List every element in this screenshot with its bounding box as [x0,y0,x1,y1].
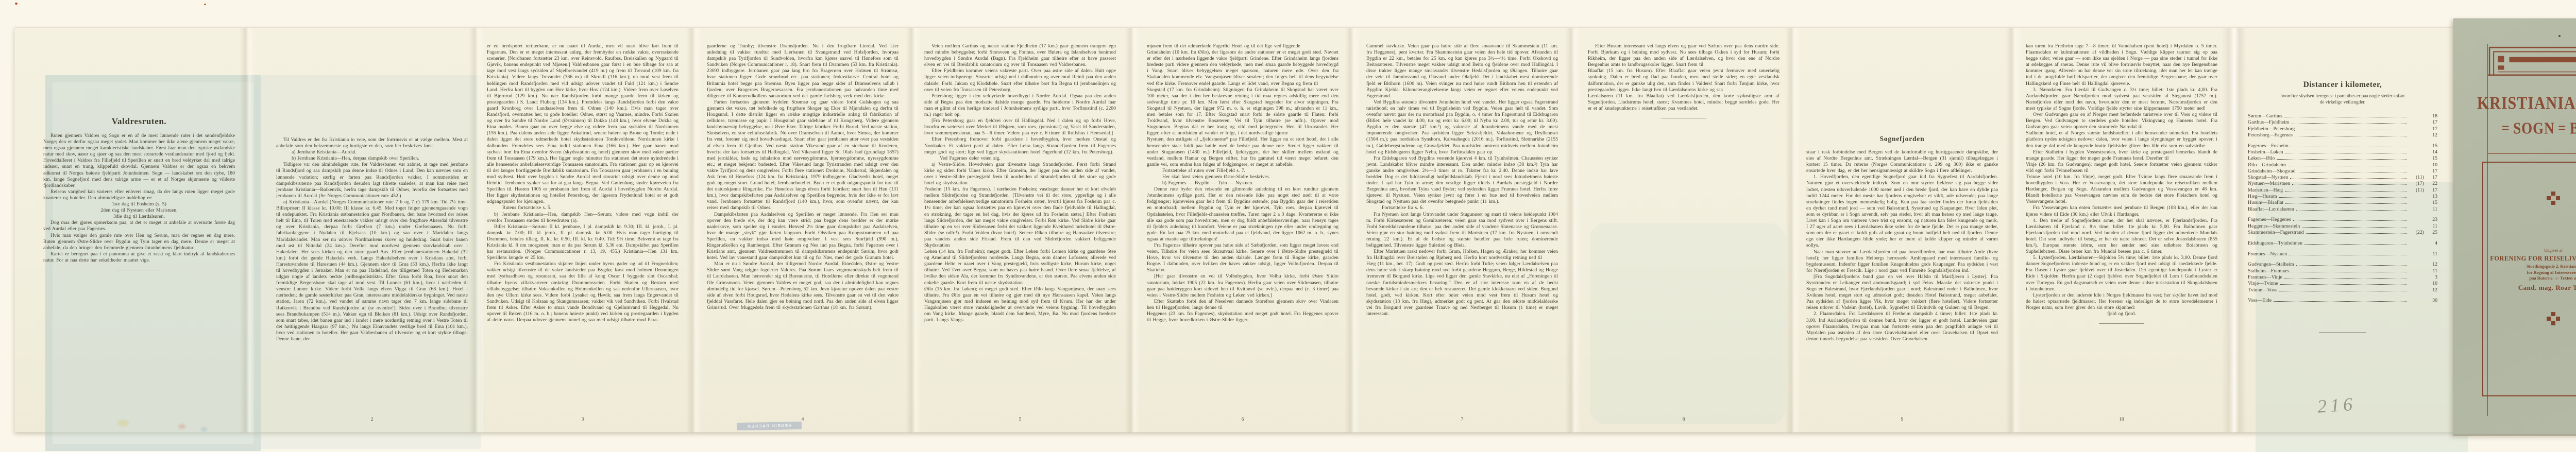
paragraph: 3. Nærødalen. Fra Lærdal til Gudvangen c… [2026,87,2217,112]
dot-leader [2285,153,2406,153]
paragraph: 4. Den tredie af Sognefjordens arme, der… [2026,218,2217,255]
paragraph: Efter Petersborg fremover forbi gaardene… [924,136,1116,155]
dot-leader [2290,178,2406,179]
distance-row: Maristuen—Hæg (11) 17 [2248,187,2437,194]
paragraph: Denne rute byder den reisende en glimren… [1147,186,1338,242]
page-number: 8 [1588,417,1780,422]
real-length: (11) [2409,187,2424,194]
imprint-line: for Regning af Interesserede [2483,270,2576,276]
paragraph: Grindaheim (10 km. fra Øilo), der ligeso… [1147,49,1338,87]
route-name: Gudvangen—Stalheim [2248,262,2294,268]
dot-leader [2296,265,2406,266]
paragraph: b) Fagernes — Bygdin — Tyin — Nystuen. [1162,180,1338,186]
dot-leader [2285,203,2406,204]
distance-km: 25 [2424,230,2437,236]
route-name: Fagernes—Fosheim [2248,143,2289,149]
dot-leader [2279,197,2406,198]
imprint-line: Storthingsgade 2, Kristiania, [2483,264,2576,270]
paragraph: Dampskibsfarten paa Aadalselven og Speri… [707,212,899,262]
route-name: Voss—Eide [2248,298,2272,304]
imprint-box: Udgivet afFORENING FOR REISELIVET I NORG… [2482,162,2576,396]
route-name: Hæg—Husum [2248,194,2277,200]
paragraph: Efter Stalheim i bygden Vossestranden, h… [2026,149,2217,162]
paragraph: Tidligere var den almindeligste rute, fø… [276,162,468,199]
route-name: Sørum—Garthus [2248,113,2282,119]
square-diamond-ornament [2547,192,2560,205]
paragraph: Fra Nystuen kort langs Utrovandet under … [1366,212,1558,249]
distance-km: 14 [2424,149,2437,155]
paragraph: Naar man stevner ud Lærdalsfjorden ud pa… [1806,249,1998,274]
paragraph: [Fra Petersborg gaar en fjeldvei over ti… [924,118,1116,136]
cover-title-line1: KRISTIANIA = VALDRES [2453,93,2576,114]
paragraph: Kartet er beregnet paa i et panorama at … [43,251,235,264]
dot-leader [2288,166,2406,166]
page-number: 6 [1147,417,1338,422]
paragraph: staar i rask forbindelse med Bergen ved … [1806,149,1998,174]
route-name: Grindaheim—Skogstad [2248,168,2296,175]
distance-row: Husum—Blaaflat 15 [2248,200,2437,206]
dot-leader [2289,255,2406,255]
paragraph: Farten fortsættes gjennem bydelen Strøms… [707,99,899,212]
distance-table-panel: Distancer i kilometer, hvorefter skydsen… [2248,80,2437,333]
paragraph: Løken (14 km. fra Fosheim); meget godt. … [924,249,1116,286]
dot-leader [2295,136,2406,136]
route-name: Framnæs—Vinje [2248,274,2282,281]
paragraph: a) Jernbane Kristiania—Aurdal. [292,149,468,155]
dot-leader [2280,284,2406,285]
distance-km: 3 [2424,274,2437,281]
paragraph: Efter Husum interessant vei langs elven … [1588,43,1780,68]
distance-row: Blaaflat—Lærdalsøren 11 [2248,206,2437,213]
distance-km: 11 [2424,251,2437,257]
paragraph: Man er nu i Søndre Aurdal, der tilligeme… [707,261,899,311]
dot-leader [2293,220,2406,221]
page-column-2: Til Valdres er der fra Kristiania to vei… [276,137,468,415]
route-name: Skammestein—Fagerstrand [2248,230,2304,236]
end-rule [2319,332,2366,333]
route-name: Fosheim—Løken [2248,149,2283,155]
distance-km: 30 [2424,298,2437,304]
map-bleed-mark [178,424,185,429]
distance-km: 13 [2424,194,2437,200]
distance-km: 12 [2424,132,2437,138]
route-name: Nystuen—Maristuen [2248,181,2290,187]
paper-speck [2558,35,2561,37]
divider-rule [2487,153,2576,154]
paragraph: Fortsættelse fra s. 6. [1382,205,1558,211]
paragraph: Dog maa det gjøres opmerksom paa, at det… [43,220,235,232]
dot-leader [2292,272,2406,272]
imprint-line: paa Ruterne. ·:· Texten af [2483,275,2576,282]
dot-leader [2297,130,2406,130]
map-bleed-mark [117,420,129,426]
paragraph: Billet Kristiania—Sørum: II kl. jernbane… [487,224,679,262]
dot-leader [2292,184,2406,185]
dot-leader [2285,191,2406,192]
distance-km: 4 [2424,240,2437,247]
page-column-6: mjøsen frem til det udmærkede Fagerlid H… [1147,43,1338,415]
distance-row: Nystuen—Maristuen (17) 22 [2248,181,2437,187]
distance-km: 15 [2424,200,2437,206]
route-name: Løken—Øilo [2248,155,2275,162]
real-length: (17) [2409,181,2424,187]
distance-row: Fjeldheim—Petersborg 17 [2248,126,2437,132]
distance-km: 11 [2424,206,2437,213]
distance-km: 15 [2424,155,2437,162]
distance-km: 10 [2424,281,2437,287]
handwritten-number: 216 [2317,393,2357,417]
paragraph: Efter Maristuen raskt nedover forbi Gram… [1366,249,1558,261]
imprint-line: FORENING FOR REISELIVET I NORGE [2483,255,2576,262]
distance-km: 10 [2424,162,2437,168]
distance-table-subtitle: de virkelige veilængder. [2248,99,2437,106]
back-cover: KRISTIANIA = VALDRES = SOGN = BERGEN = U… [2453,19,2576,436]
paragraph: gaarderne og Tranby; tilvenstre Dramsfjo… [707,43,899,99]
route-name: Blaaflat—Lærdalsøren [2248,206,2294,213]
distance-km: 11 [2424,223,2437,230]
route-name: Tvinne—Voss [2248,287,2277,293]
distance-row: Gudvangen—Stalheim 12 [2248,262,2437,268]
paragraph: Heggenes (23 km. fra Fagernes), skydssta… [1147,311,1338,323]
distance-km: 22 [2424,181,2437,187]
paragraph: a) Kristiania—Aurdal (Norges Communicati… [276,199,468,342]
square-diamond-ornament [2547,312,2560,325]
dot-leader [2291,147,2406,147]
distance-km: 12 [2424,287,2437,293]
route-name: Stalheim—Framnæs [2248,268,2290,274]
paragraph: Over Gudvangen gaar en af Norges mest be… [2026,112,2217,130]
paragraph: 5. Lysterfjorden, Lærdalsøren—Skjolden 5… [2026,255,2217,292]
paragraph: Fosheim (15 km. fra Fagernes). I nærhede… [924,186,1116,249]
distance-row: Tvinne—Voss 12 [2248,287,2437,293]
route-name: Framnes—Nystuen [2248,251,2287,257]
distance-row: Eidsbugaren—Tyinholmen 4 [2248,240,2437,247]
section-heading-sognefjorden: Sognefjorden [1806,135,1998,143]
paragraph: Rutens fortsættelse s. 5. [502,205,679,211]
dot-leader [2298,172,2406,172]
paragraph [1661,118,1706,118]
paragraph: Lysterfjorden er den inderste kile i Nor… [2026,292,2217,311]
paragraph: Fra Kristiania vestbanestation skjærer l… [487,261,679,323]
page-number: 9 [1806,417,1998,422]
dot-leader [2284,117,2406,117]
real-length: (11) [2409,175,2424,181]
paragraph [116,270,162,270]
paragraph: Tvinne hotel (10 km. fra Vinje), meget g… [2026,174,2217,205]
distance-row: Skammestein—Fagerstrand (22) 25 [2248,230,2437,236]
distance-table: Sørum—Garthus 18 Garthus—Fjeldheim 17 Fj… [2248,113,2437,304]
paragraph: Reisens varighed kan varieres efter enhv… [43,189,235,201]
route-name: Øilo—Grindaheim [2248,162,2286,168]
page-column-8: Efter Husum interessant vei langs elven … [1588,43,1780,415]
page-number: 5 [924,417,1116,422]
paragraph: 2den dag til Nystuen eller Maristuen. [43,207,235,214]
distance-km: 17 [2424,126,2437,132]
paragraph: Fra Vossevangen kan enten fortsættes med… [2026,205,2217,217]
page-column-7: Gammel stavkirke. Veien gaar paa høire s… [1366,43,1558,415]
distance-row: Fagernes—Heggenes 23 [2248,217,2437,223]
route-name: Fagernes—Heggenes [2248,217,2291,223]
imprint-line: Cand. mag. Roar Tank [2483,284,2576,291]
route-name: Skogstad—Nystuen [2248,175,2288,181]
paragraph: b) Jernbane Kristiania—Hen, dampskib Hen… [487,212,679,224]
paragraph: 1ste dag til Fosheim (s. 5) [43,201,235,207]
paragraph: Hæg (11 km., bet. 17). Godt og pent sted… [1366,261,1558,317]
page-number: 3 [487,417,679,422]
page-title-valdresruten: Valdresruten. [43,116,235,127]
route-name: Fjeldheim—Petersborg [2248,126,2295,132]
paragraph: Ruten gjennem Valdres og Sogn er en af d… [43,133,235,189]
paragraph: kan turen fra Fretheim tage 7—8 timer; t… [2026,43,2217,87]
map-bleed-mark [201,427,207,431]
paragraph: Petersborg ligger i den veldyrkede hoved… [924,93,1116,118]
distance-km: 17 [2424,175,2437,181]
route-name: Heggenes—Skammestein [2248,223,2300,230]
page-column-3: er en bredsporet tertiærbane, er nu naae… [487,43,679,415]
paragraph: a) Vestre-Slidre. Hovedveien gaar tilven… [924,162,1116,186]
distance-km: 11 [2424,268,2437,274]
art-nouveau-border [2486,44,2576,78]
paragraph: Vinje (26 km. fra Gudvangen); meget godt… [2026,162,2217,174]
distance-table-subtitle: hvorefter skydsen beregnes: i parenthes … [2248,93,2437,99]
paragraph: Efter Skattebo forbi den af Neselven dan… [1147,299,1338,311]
paragraph: 3die dag til Lærdalsøren. [43,214,235,220]
dust-speck [15,3,18,5]
paragraph: 1. Hovedfjorden, den egentlige Sognefjor… [1806,174,1998,249]
paragraph: Efter Fjeldheim kommer veiens vakreste p… [924,68,1116,93]
paragraph: Her skal først veien gjennem Østre-Slidr… [1162,174,1338,180]
page-column-4: gaarderne og Tranby; tilvenstre Dramsfjo… [707,43,899,415]
paragraph: Fortsættelse af ruten over Fillefjeld s.… [1162,168,1338,174]
distance-row: Framnæs—Vinje 3 [2248,274,2437,281]
paragraph: Til Valdres er der fra Kristiania to vei… [276,137,468,149]
distance-km: 18 [2424,113,2437,119]
page-number: 7 [1366,417,1558,422]
paragraph: Stalheim hotel, et af Norges største lan… [2026,130,2217,149]
distance-row: Grindaheim—Skogstad 17 [2248,168,2437,175]
dot-leader [2274,301,2406,302]
distance-row: Garthus—Fjeldheim 17 [2248,119,2437,126]
route-name: Garthus—Fjeldheim [2248,119,2290,126]
paragraph: mjøsen frem til det udmærkede Fagerlid H… [1147,43,1338,49]
dot-leader [2277,159,2406,160]
page-column-5: Veien mellem Garthus og næste station Fj… [924,43,1116,415]
paragraph: er en bredsporet tertiærbane, er nu naae… [487,43,679,205]
distance-row: Framnes—Nystuen 11 [2248,251,2437,257]
distance-row: Vinje—Tvinne 10 [2248,281,2437,287]
distance-row: Sørum—Garthus 18 [2248,113,2437,119]
distance-row: Voss—Eide 30 [2248,298,2437,304]
scanned-brochure: { "pages": [ { "no": "", "title": "Valdr… [0,0,2576,452]
paragraph: Veien mellem Garthus og næste station Fj… [924,43,1116,68]
dot-leader [2304,244,2406,245]
paragraph: Lærdalsøren (11 km. fra Blaaflat) ved Læ… [1588,93,1780,112]
paragraph: Gammel stavkirke. Veien gaar paa høire s… [1366,43,1558,99]
dot-leader [2306,233,2406,234]
paragraph: Ved Bygdins østende tilvenstre Jotunheim… [1366,99,1558,155]
page-column-1: Ruten gjennem Valdres og Sogn er en af d… [43,133,235,322]
route-name: Eidsbugaren—Tyinholmen [2248,240,2302,247]
distance-row: Løken—Øilo 15 [2248,155,2437,162]
dot-leader [2296,210,2406,211]
distance-row: Fagernes—Fosheim 15 [2248,143,2437,149]
paragraph: Øilo (15 km. fra Løken); et meget godt s… [924,286,1116,324]
dot-leader [2284,278,2406,279]
imprint-text: Udgivet afFORENING FOR REISELIVET I NORG… [2483,247,2576,291]
distance-row: Petersborg—Fagernes 12 [2248,132,2437,138]
paragraph: fjeld og fjord. [2026,311,2217,317]
paragraph: 2. Flaamsdalen. Fra Lærdalsøren til Fret… [1806,311,1998,342]
paragraph [2099,323,2144,324]
route-name: Maristuen—Hæg [2248,187,2283,194]
paragraph: b) Jernbane Kristiania—Hen, derpaa damps… [292,155,468,162]
page-column-10: kan turen fra Fretheim tage 7—8 timer; t… [2026,43,2217,415]
paragraph: Blaaflat (15 km. fra Husum). Efter Blaaf… [1588,68,1780,93]
show-through-stamp-henrik-backer: HENRIK BACKER [737,422,802,430]
dot-leader [2302,227,2406,228]
distance-table-title: Distancer i kilometer, [2248,80,2437,90]
distance-row: Heggenes—Skammestein 11 [2248,223,2437,230]
distance-row: Hæg—Husum 13 [2248,194,2437,200]
paragraph: Nystuen, den østligste af „fjeldstuerne“… [1147,136,1338,167]
real-length: (22) [2409,230,2424,236]
imprint-line: Udgivet af [2483,247,2576,254]
distance-km: 23 [2424,217,2437,223]
distance-km: 17 [2424,187,2437,194]
paragraph: Fra Eidsbugaren ved Bygdins vestende kjø… [1366,155,1558,205]
dot-leader [2279,291,2406,291]
cover-title-line2: = SOGN = BERGEN = [2453,119,2576,138]
distance-km: 12 [2424,262,2437,268]
route-name: Husum—Blaaflat [2248,200,2283,206]
distance-km: 17 [2424,119,2437,126]
distance-km: 17 [2424,168,2437,175]
paragraph: Hvis man vælger den gamle rute over Hen … [43,233,235,251]
paragraph: Fra Fagernes tilhøire opover paa høire s… [1147,242,1338,273]
distance-row: Fosheim—Løken 14 [2248,149,2437,155]
paragraph: Ved Fagernes deler veien sig. [940,155,1116,162]
paragraph: [Fra Sogndalsfjordens bund gaar en vei o… [1806,274,1998,311]
distance-row: Skogstad—Nystuen (11) 17 [2248,175,2437,181]
dot-leader [2292,123,2406,124]
paragraph: Skogstad (17 km. fra Grindaheim). Stigni… [1147,87,1338,137]
page-number: 4 [707,417,899,422]
page-column-9: staar i rask forbindelse med Bergen ved … [1806,149,1998,415]
distance-km: 15 [2424,143,2437,149]
route-name: Vinje—Tvinne [2248,281,2278,287]
page-number: 2 [276,417,468,422]
route-name: Petersborg—Fagernes [2248,132,2293,138]
paragraph: [Her gaar tilvenstre en vei til Volbubyg… [1147,273,1338,298]
distance-row: Øilo—Grindaheim 10 [2248,162,2437,168]
distance-row: Stalheim—Framnæs 11 [2248,268,2437,274]
dust-speck [204,4,206,5]
page-number: 10 [2026,417,2217,422]
